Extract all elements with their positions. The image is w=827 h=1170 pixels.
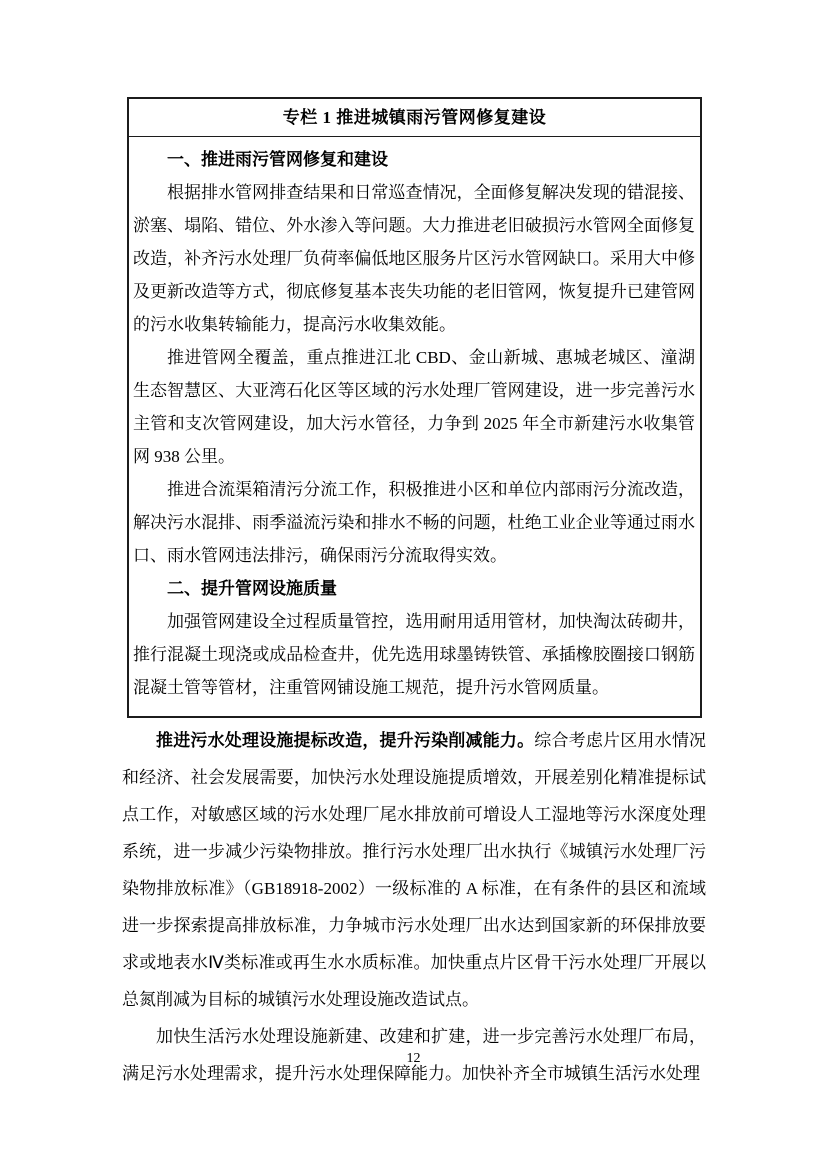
feature-box: 专栏 1 推进城镇雨污管网修复建设 一、推进雨污管网修复和建设 根据排水管网排查… [127, 97, 702, 718]
box-section-2-paragraph: 加强管网建设全过程质量管控，选用耐用适用管材，加快淘汰砖砌井，推行混凝土现浇或成… [133, 605, 695, 704]
feature-box-body: 一、推进雨污管网修复和建设 根据排水管网排查结果和日常巡查情况，全面修复解决发现… [129, 137, 700, 716]
body-paragraph-text: 综合考虑片区用水情况和经济、社会发展需要，加快污水处理设施提质增效，开展差别化精… [122, 731, 706, 1009]
page-number: 12 [0, 1050, 827, 1068]
main-text: 推进污水处理设施提标改造，提升污染削减能力。综合考虑片区用水情况和经济、社会发展… [122, 722, 706, 1092]
box-section-1-heading: 一、推进雨污管网修复和建设 [133, 143, 695, 176]
box-section-2-heading: 二、提升管网设施质量 [133, 572, 695, 605]
box-section-1-paragraph: 推进合流渠箱清污分流工作，积极推进小区和单位内部雨污分流改造，解决污水混排、雨季… [133, 473, 695, 572]
body-paragraph-bold-lead: 推进污水处理设施提标改造，提升污染削减能力。 [156, 731, 534, 750]
document-page: 专栏 1 推进城镇雨污管网修复建设 一、推进雨污管网修复和建设 根据排水管网排查… [0, 0, 827, 1170]
feature-box-title: 专栏 1 推进城镇雨污管网修复建设 [129, 99, 700, 137]
box-section-1-paragraph: 推进管网全覆盖，重点推进江北 CBD、金山新城、惠城老城区、潼湖生态智慧区、大亚… [133, 341, 695, 473]
body-paragraph: 推进污水处理设施提标改造，提升污染削减能力。综合考虑片区用水情况和经济、社会发展… [122, 722, 706, 1018]
box-section-1-paragraph: 根据排水管网排查结果和日常巡查情况，全面修复解决发现的错混接、淤塞、塌陷、错位、… [133, 176, 695, 341]
